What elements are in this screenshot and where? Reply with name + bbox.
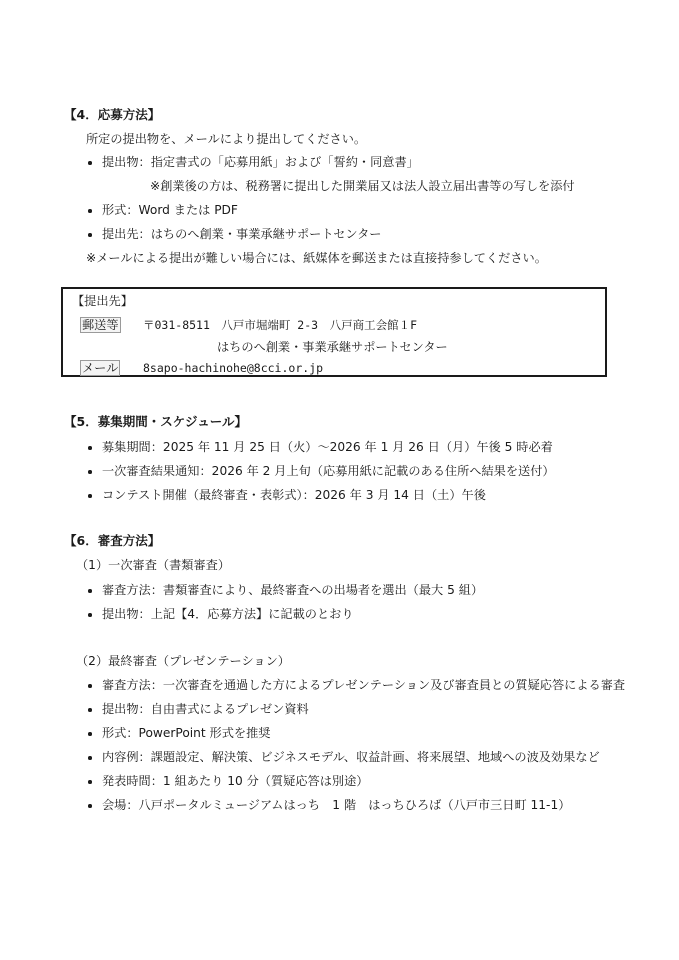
section-5-bullet-notification: 一次審査結果通知：2026 年 2 月上旬（応募用紙に記載のある住所へ結果を送付… xyxy=(102,463,555,479)
section-5-bullet-contest: コンテスト開催（最終審査・表彰式）：2026 年 3 月 14 日（土）午後 xyxy=(102,487,486,503)
section-4-bullet-format: 形式：Word または PDF xyxy=(102,202,238,218)
section-4-heading: 【4．応募方法】 xyxy=(64,107,160,123)
section-6-heading: 【6．審査方法】 xyxy=(64,533,160,549)
email-label: メール xyxy=(80,360,120,376)
section-5-heading: 【5．募集期間・スケジュール】 xyxy=(64,414,247,430)
section-6-sub2-bullet-time: 発表時間：1 組あたり 10 分（質疑応答は別途） xyxy=(102,773,368,789)
section-4-bullet-destination: 提出先：はちのへ創業・事業承継サポートセンター xyxy=(102,226,381,242)
section-4-note: ※メールによる提出が難しい場合には、紙媒体を郵送または直接持参してください。 xyxy=(86,250,547,266)
section-4-intro: 所定の提出物を、メールにより提出してください。 xyxy=(86,131,366,147)
section-6-sub1-bullet-submission: 提出物：上記【4．応募方法】に記載のとおり xyxy=(102,606,354,622)
mail-recipient: はちのへ創業・事業承継サポートセンター xyxy=(217,339,448,355)
section-6-sub2-bullet-venue: 会場：八戸ポータルミュージアムはっち 1 階 はっちひろば（八戸市三日町 11-… xyxy=(102,797,570,813)
section-6-sub2-bullet-format: 形式：PowerPoint 形式を推奨 xyxy=(102,725,270,741)
section-6-sub1-title: （1）一次審査（書類審査） xyxy=(76,557,230,573)
section-6-sub2-bullet-method: 審査方法：一次審査を通過した方によるプレゼンテーション及び審査員との質疑応答によ… xyxy=(102,677,625,693)
section-4-bullet-submission: 提出物：指定書式の「応募用紙」および「誓約・同意書」 xyxy=(102,154,419,170)
mail-label: 郵送等 xyxy=(80,317,121,333)
section-4-sub-note: ※創業後の方は、税務署に提出した開業届又は法人設立届出書等の写しを添付 xyxy=(150,178,575,194)
section-5-bullet-period: 募集期間：2025 年 11 月 25 日（火）～2026 年 1 月 26 日… xyxy=(102,439,553,455)
box-title: 【提出先】 xyxy=(72,293,133,309)
email-address[interactable]: 8sapo-hachinohe@8cci.or.jp xyxy=(143,360,323,376)
section-6-sub2-bullet-submission: 提出物：自由書式によるプレゼン資料 xyxy=(102,701,309,717)
section-6-sub1-bullet-method: 審査方法：書類審査により、最終審査への出場者を選出（最大 5 組） xyxy=(102,582,483,598)
section-6-sub2-bullet-content: 内容例：課題設定、解決策、ビジネスモデル、収益計画、将来展望、地域への波及効果な… xyxy=(102,749,600,765)
section-6-sub2-title: （2）最終審査（プレゼンテーション） xyxy=(76,653,290,669)
mail-address: 〒031-8511 八戸市堀端町 2-3 八戸商工会館１F xyxy=(143,317,417,333)
